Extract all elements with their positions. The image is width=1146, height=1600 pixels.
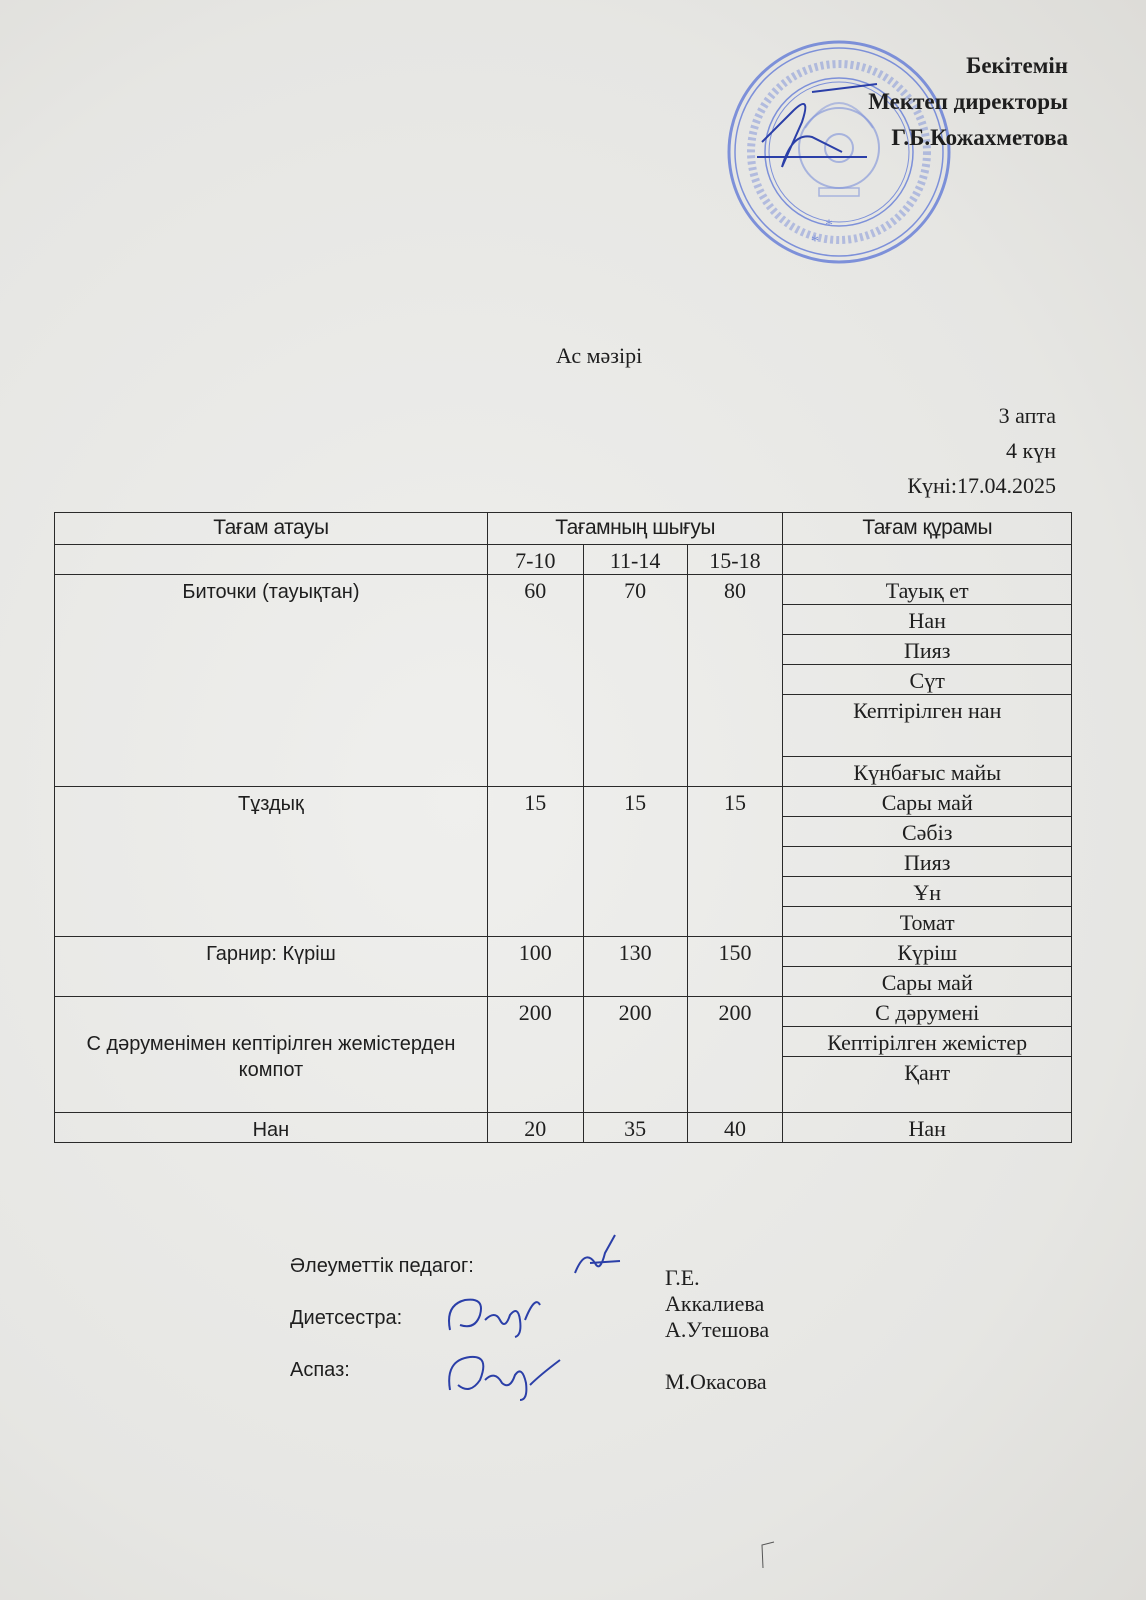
portion: 100 xyxy=(487,937,583,997)
signer-name: Г.Е. Аккалиева xyxy=(665,1265,764,1317)
ingredient: Сүт xyxy=(783,665,1072,695)
table-header-row: Тағам атауы Тағамның шығуы Тағам құрамы xyxy=(55,513,1072,545)
date-label: Күні:17.04.2025 xyxy=(907,468,1056,503)
portion: 20 xyxy=(487,1113,583,1143)
age-group: 11-14 xyxy=(583,545,687,575)
dish-name: Биточки (тауықтан) xyxy=(182,581,359,603)
menu-table: Тағам атауы Тағамның шығуы Тағам құрамы … xyxy=(54,512,1072,1143)
ingredient: С дәрумені xyxy=(783,997,1072,1027)
ingredient: Кептірілген жемістер xyxy=(783,1027,1072,1057)
header-dish: Тағам атауы xyxy=(55,513,488,545)
handwritten-signature-icon xyxy=(440,1345,570,1405)
ingredient: Күнбағыс майы xyxy=(783,757,1072,787)
portion: 15 xyxy=(687,787,783,937)
ingredient: Нан xyxy=(783,1113,1072,1143)
approver-name: Г.Б.Кожахметова xyxy=(868,120,1068,156)
signer-name: А.Утешова xyxy=(665,1317,769,1343)
signer-name: М.Окасова xyxy=(665,1369,767,1395)
ingredient: Ұн xyxy=(783,877,1072,907)
age-group: 7-10 xyxy=(487,545,583,575)
page-title: Ас мәзірі xyxy=(556,343,642,369)
dish-name: Нан xyxy=(253,1119,290,1141)
table-row: Тұздық 15 15 15 Сары май xyxy=(55,787,1072,817)
portion: 130 xyxy=(583,937,687,997)
portion: 80 xyxy=(687,575,783,787)
handwritten-signature-icon xyxy=(570,1233,630,1283)
approval-block: Бекітемін Мектеп директоры Г.Б.Кожахмето… xyxy=(868,48,1068,156)
table-age-row: 7-10 11-14 15-18 xyxy=(55,545,1072,575)
approval-label: Бекітемін xyxy=(868,48,1068,84)
table-row: Гарнир: Күріш 100 130 150 Күріш xyxy=(55,937,1072,967)
age-group: 15-18 xyxy=(687,545,783,575)
signer-role: Әлеуметтік педагог: xyxy=(290,1255,590,1278)
dish-name: С дәруменімен кептірілген жемістерден ко… xyxy=(86,1033,455,1081)
portion: 200 xyxy=(583,997,687,1113)
svg-text:*: * xyxy=(825,217,833,234)
header-composition: Тағам құрамы xyxy=(783,513,1072,545)
table-row: С дәруменімен кептірілген жемістерден ко… xyxy=(55,997,1072,1027)
portion: 200 xyxy=(687,997,783,1113)
handwritten-signature-icon xyxy=(440,1285,550,1340)
director-signature-icon xyxy=(752,82,882,172)
ingredient: Сары май xyxy=(783,787,1072,817)
portion: 15 xyxy=(583,787,687,937)
menu-meta: 3 апта 4 күн Күні:17.04.2025 xyxy=(907,398,1056,503)
portion: 35 xyxy=(583,1113,687,1143)
ingredient: Сәбіз xyxy=(783,817,1072,847)
header-output: Тағамның шығуы xyxy=(487,513,783,545)
week-label: 3 апта xyxy=(907,398,1056,433)
day-label: 4 күн xyxy=(907,433,1056,468)
table-row: Биточки (тауықтан) 60 70 80 Тауық ет xyxy=(55,575,1072,605)
dish-name: Тұздық xyxy=(238,793,304,815)
portion: 70 xyxy=(583,575,687,787)
ingredient: Кептірілген нан xyxy=(783,695,1072,757)
paper-mark-icon xyxy=(760,1540,780,1570)
ingredient: Тауық ет xyxy=(783,575,1072,605)
ingredient: Сары май xyxy=(783,967,1072,997)
ingredient: Пияз xyxy=(783,847,1072,877)
portion: 200 xyxy=(487,997,583,1113)
portion: 150 xyxy=(687,937,783,997)
ingredient: Күріш xyxy=(783,937,1072,967)
empty-cell xyxy=(783,545,1072,575)
dish-name: Гарнир: Күріш xyxy=(206,943,336,965)
empty-cell xyxy=(55,545,488,575)
portion: 40 xyxy=(687,1113,783,1143)
approver-position: Мектеп директоры xyxy=(868,84,1068,120)
ingredient: Нан xyxy=(783,605,1072,635)
ingredient: Қант xyxy=(783,1057,1072,1113)
portion: 60 xyxy=(487,575,583,787)
svg-text:*: * xyxy=(811,233,819,250)
ingredient: Пияз xyxy=(783,635,1072,665)
portion: 15 xyxy=(487,787,583,937)
table-row: Нан 20 35 40 Нан xyxy=(55,1113,1072,1143)
ingredient: Томат xyxy=(783,907,1072,937)
